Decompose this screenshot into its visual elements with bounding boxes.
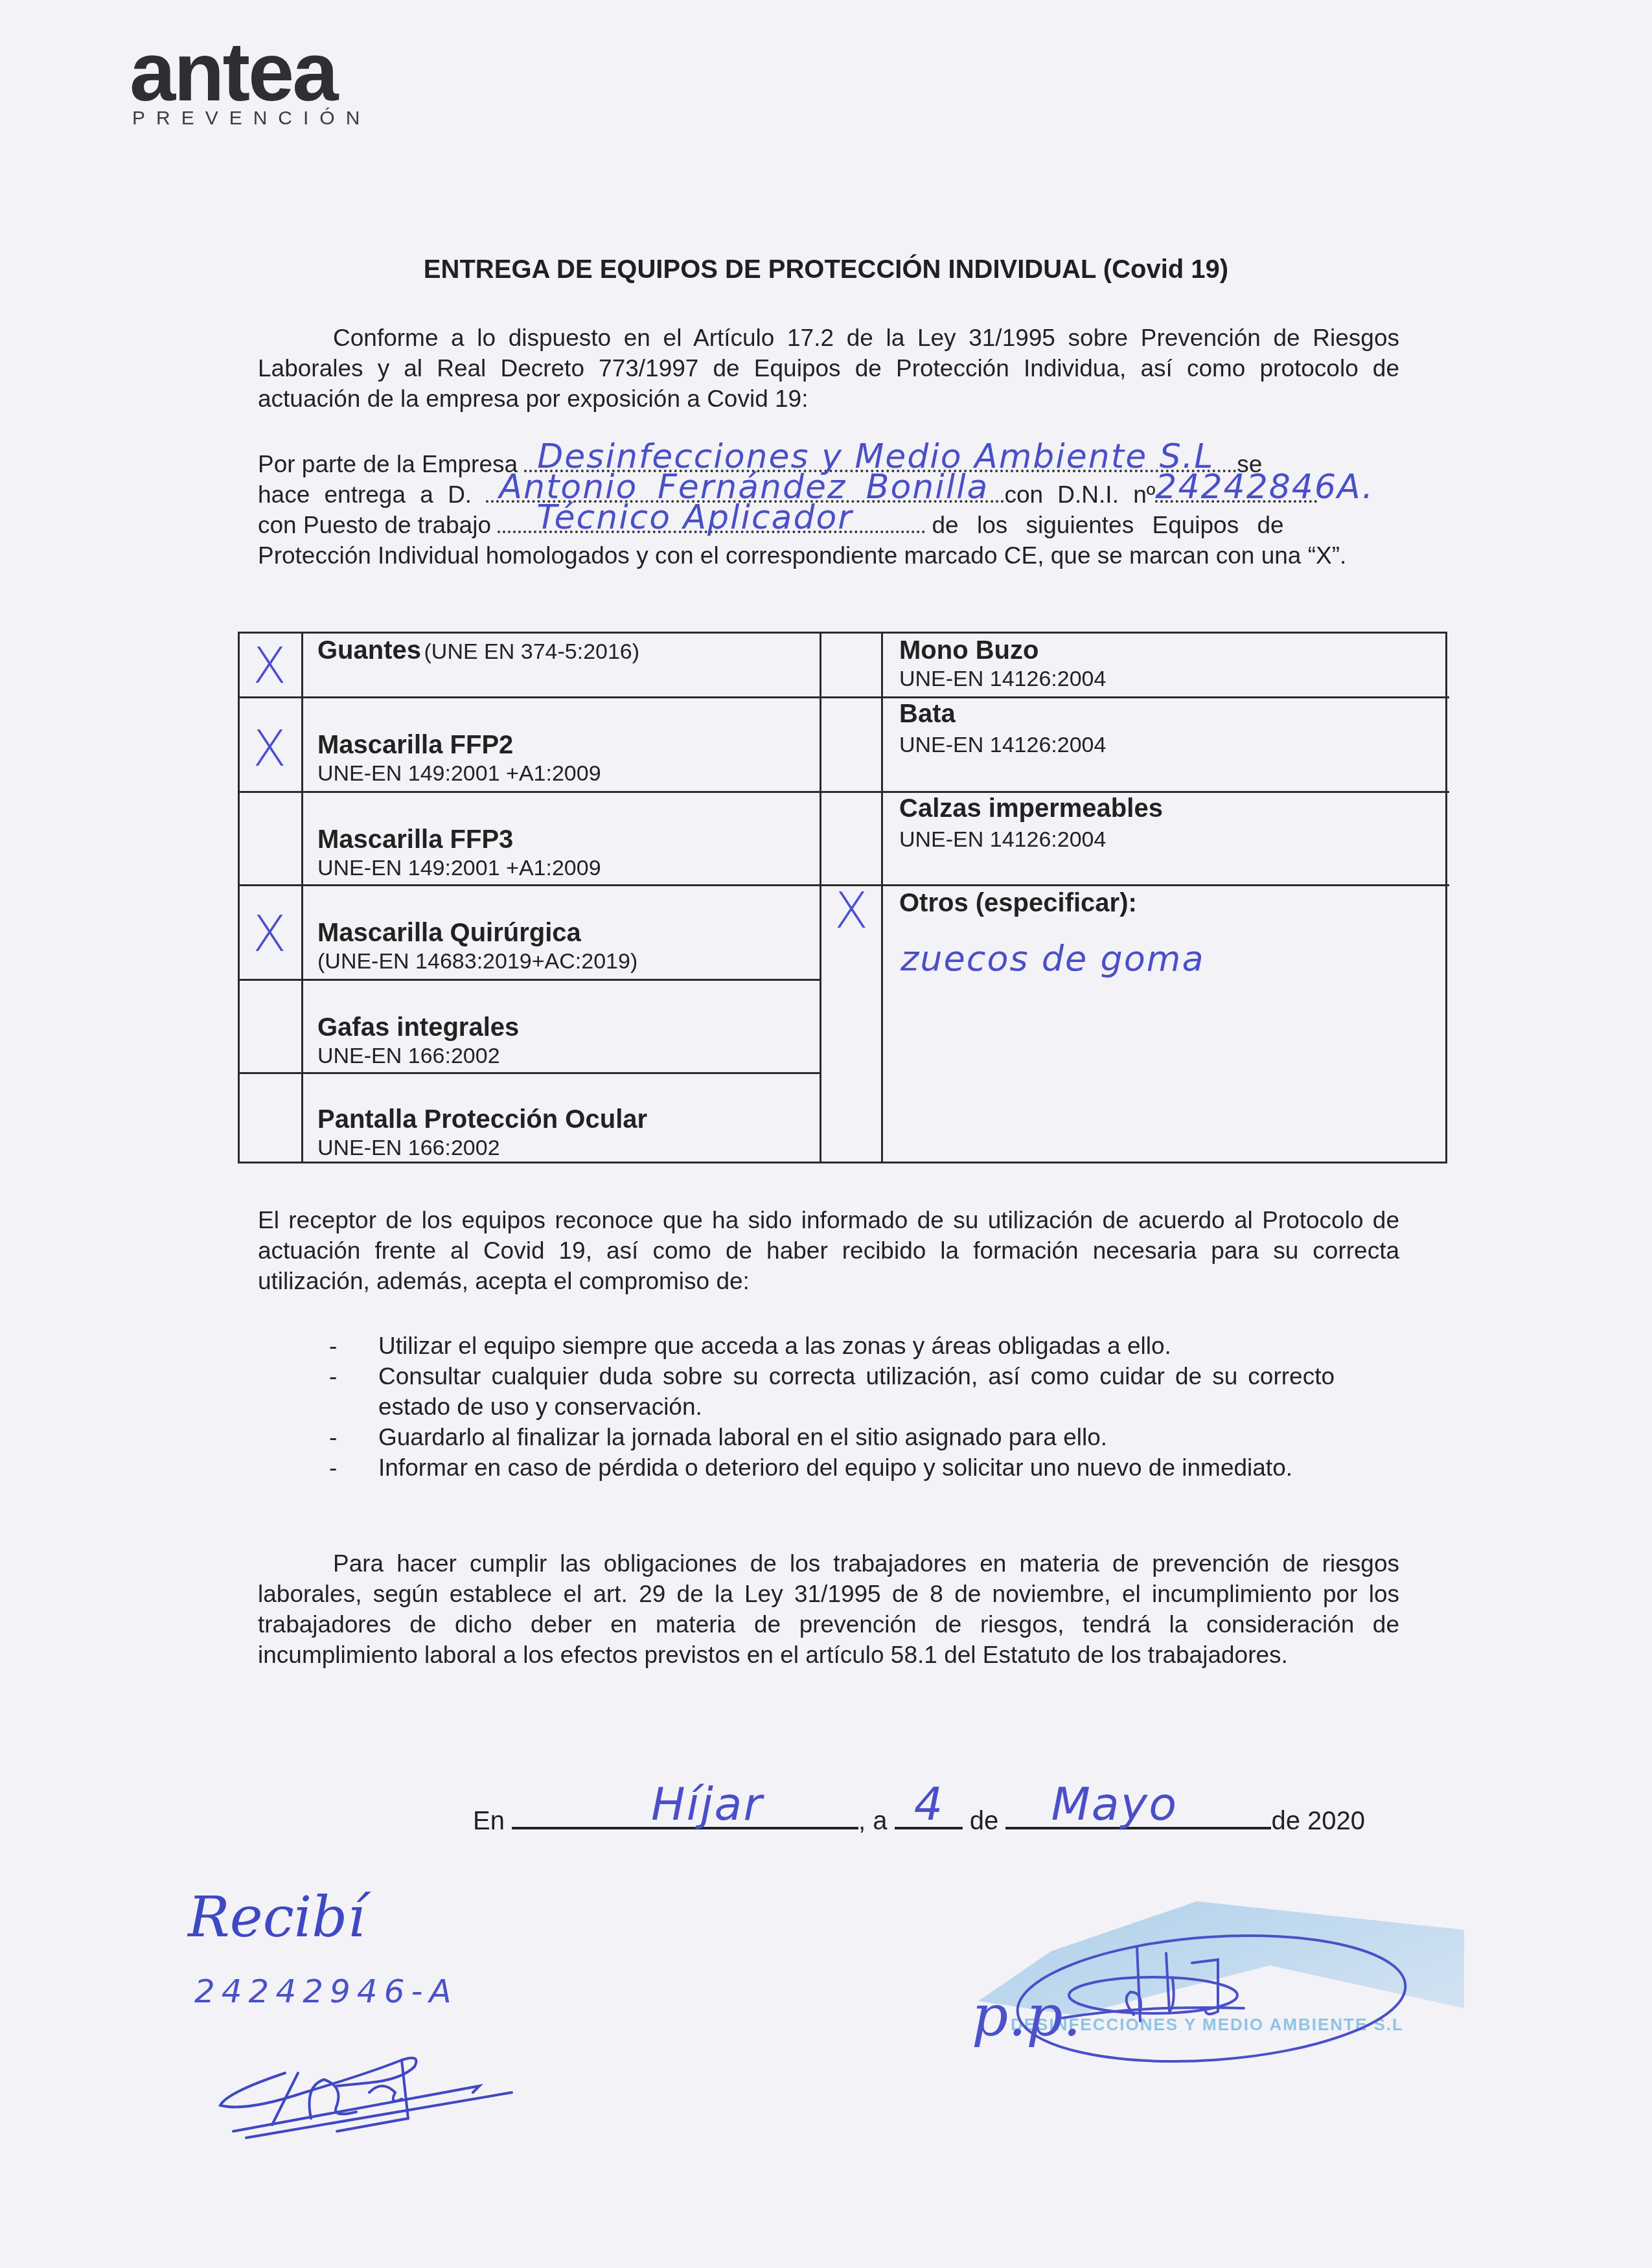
ppe-name: Pantalla Protección Ocular bbox=[317, 1105, 647, 1134]
dni-value: 24242846A. bbox=[1155, 472, 1374, 503]
ppe-row-ffp2: X Mascarilla FFP2 UNE-EN 149:2001 +A1:20… bbox=[240, 698, 820, 791]
dni-label: con D.N.I. nº bbox=[1004, 481, 1155, 508]
day-field[interactable]: 4 bbox=[895, 1801, 963, 1829]
form-tail: Protección Individual homologados y con … bbox=[258, 540, 1399, 571]
received-label: Recibí bbox=[188, 1885, 365, 1950]
job-label: con Puesto de trabajo bbox=[258, 512, 491, 538]
recipient-label: hace entrega a D. bbox=[258, 481, 472, 508]
ppe-row-calzas: Calzas impermeables UNE-EN 14126:2004 bbox=[821, 793, 1449, 884]
otros-specified-value[interactable]: zuecos de goma bbox=[901, 938, 1205, 979]
date-suffix: de 2020 bbox=[1271, 1807, 1365, 1835]
ppe-name: Otros (especificar): bbox=[899, 889, 1137, 917]
commitment-item: Consultar cualquier duda sobre su correc… bbox=[324, 1361, 1335, 1422]
date-prefix: En bbox=[473, 1807, 505, 1835]
ppe-name: Mascarilla FFP3 bbox=[317, 825, 601, 854]
ppe-row-quirurgica: X Mascarilla Quirúrgica (UNE-EN 14683:20… bbox=[240, 886, 820, 979]
month-value: Mayo bbox=[1051, 1778, 1178, 1831]
ppe-norm: UNE-EN 166:2002 bbox=[317, 1042, 519, 1070]
intro-paragraph: Conforme a lo dispuesto en el Artículo 1… bbox=[258, 323, 1399, 414]
recipient-signature-icon bbox=[207, 2047, 518, 2144]
commitment-item: Guardarlo al finalizar la jornada labora… bbox=[324, 1422, 1335, 1452]
place-field[interactable]: Híjar bbox=[512, 1801, 858, 1829]
ppe-name: Mono Buzo bbox=[899, 636, 1106, 665]
ppe-row-mono-buzo: Mono Buzo UNE-EN 14126:2004 bbox=[821, 634, 1449, 696]
check-mark-guantes[interactable]: X bbox=[253, 641, 286, 691]
acknowledgement-paragraph: El receptor de los equipos reconoce que … bbox=[258, 1205, 1399, 1296]
ppe-norm: UNE-EN 14126:2004 bbox=[899, 824, 1163, 855]
job-field[interactable]: Técnico Aplicador bbox=[498, 511, 925, 533]
ppe-name: Mascarilla FFP2 bbox=[317, 731, 601, 759]
ppe-name: Mascarilla Quirúrgica bbox=[317, 919, 637, 947]
document-title: ENTREGA DE EQUIPOS DE PROTECCIÓN INDIVID… bbox=[0, 255, 1652, 284]
check-mark-ffp2[interactable]: X bbox=[253, 724, 286, 773]
ppe-table: X Guantes (UNE EN 374-5:2016) X Mascaril… bbox=[238, 632, 1447, 1163]
pp-label: p.p. bbox=[972, 1982, 1081, 2049]
company-label: Por parte de la Empresa bbox=[258, 451, 518, 477]
company-logo-subtitle: PREVENCIÓN bbox=[132, 109, 371, 128]
company-logo: antea bbox=[130, 31, 336, 114]
job-suffix: de los siguientes Equipos de bbox=[932, 512, 1284, 538]
date-sep-de: de bbox=[970, 1807, 999, 1835]
ppe-norm: (UNE EN 374-5:2016) bbox=[424, 639, 640, 664]
ppe-name: Gafas integrales bbox=[317, 1013, 519, 1042]
job-value: Técnico Aplicador bbox=[536, 503, 853, 533]
ppe-name: Guantes bbox=[317, 636, 421, 665]
ppe-norm: (UNE-EN 14683:2019+AC:2019) bbox=[317, 947, 637, 976]
month-field[interactable]: Mayo bbox=[1005, 1801, 1271, 1829]
check-mark-otros[interactable]: X bbox=[834, 886, 868, 935]
legal-paragraph: Para hacer cumplir las obligaciones de l… bbox=[258, 1548, 1399, 1670]
ppe-name: Calzas impermeables bbox=[899, 793, 1163, 824]
ppe-row-guantes: X Guantes (UNE EN 374-5:2016) bbox=[240, 634, 820, 696]
ppe-norm: UNE-EN 14126:2004 bbox=[899, 729, 1106, 761]
ppe-row-bata: Bata UNE-EN 14126:2004 bbox=[821, 698, 1449, 791]
ppe-name: Bata bbox=[899, 698, 1106, 729]
date-line: En Híjar , a 4 de Mayo de 2020 bbox=[473, 1801, 1365, 1836]
ppe-norm: UNE-EN 149:2001 +A1:2009 bbox=[317, 759, 601, 788]
check-mark-quirurgica[interactable]: X bbox=[253, 910, 286, 959]
commitment-item: Utilizar el equipo siempre que acceda a … bbox=[324, 1331, 1335, 1361]
date-sep-a: , a bbox=[858, 1807, 887, 1835]
place-value: Híjar bbox=[651, 1778, 763, 1831]
ppe-norm: UNE-EN 166:2002 bbox=[317, 1134, 647, 1162]
ppe-norm: UNE-EN 14126:2004 bbox=[899, 665, 1106, 693]
dni-field[interactable]: 24242846A. bbox=[1155, 481, 1317, 503]
ppe-row-otros: X Otros (especificar): zuecos de goma bbox=[821, 886, 1449, 1162]
day-value: 4 bbox=[914, 1778, 945, 1831]
ppe-row-pantalla: Pantalla Protección Ocular UNE-EN 166:20… bbox=[240, 1074, 820, 1162]
ppe-norm: UNE-EN 149:2001 +A1:2009 bbox=[317, 854, 601, 882]
job-row: con Puesto de trabajo Técnico Aplicador … bbox=[258, 510, 1399, 540]
commitments-list: Utilizar el equipo siempre que acceda a … bbox=[324, 1331, 1335, 1483]
ppe-row-ffp3: Mascarilla FFP3 UNE-EN 149:2001 +A1:2009 bbox=[240, 793, 820, 884]
ppe-row-gafas: Gafas integrales UNE-EN 166:2002 bbox=[240, 981, 820, 1072]
received-dni: 24242946-A bbox=[194, 1973, 458, 2010]
commitment-item: Informar en caso de pérdida o deterioro … bbox=[324, 1452, 1335, 1483]
